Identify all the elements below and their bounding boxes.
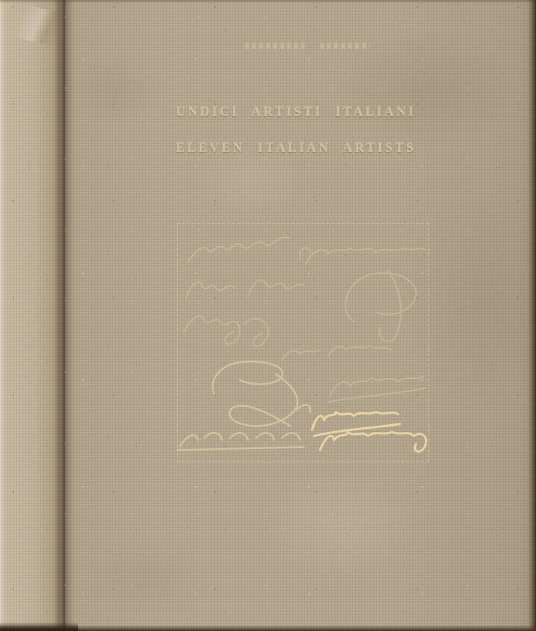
- signature-7: [213, 362, 311, 426]
- book-right-edge: [528, 0, 536, 631]
- signature-10: [178, 433, 304, 450]
- signatures-art: [178, 224, 430, 463]
- book-top-edge-shadow: [0, 0, 536, 3]
- spine-title: UNDICI ARTISTI ITALIANI · ELEVEN ITALIAN…: [21, 150, 37, 490]
- spine-edge-highlight: [0, 0, 4, 631]
- signature-4: [345, 270, 416, 341]
- signature-2: [300, 248, 426, 264]
- book-bottom-left-corner-shadow: [0, 622, 78, 631]
- spine-hinge-groove: [54, 0, 74, 631]
- imprint-word-1: [245, 43, 307, 49]
- signature-3: [186, 280, 304, 298]
- cover-title-italian: UNDICI ARTISTI ITALIANI: [64, 104, 528, 120]
- imprint-mark: [245, 43, 371, 51]
- signature-panel: [177, 223, 429, 462]
- signature-1: [188, 237, 290, 262]
- book-bottom-edge: [0, 625, 536, 631]
- book-cover-photo: UNDICI ARTISTI ITALIANI · ELEVEN ITALIAN…: [0, 0, 536, 631]
- signature-6: [282, 346, 392, 360]
- signature-11: [320, 432, 426, 451]
- signature-5: [184, 316, 268, 346]
- cover-title-english: ELEVEN ITALIAN ARTISTS: [64, 140, 528, 156]
- imprint-word-2: [320, 43, 370, 49]
- signature-8: [328, 376, 426, 402]
